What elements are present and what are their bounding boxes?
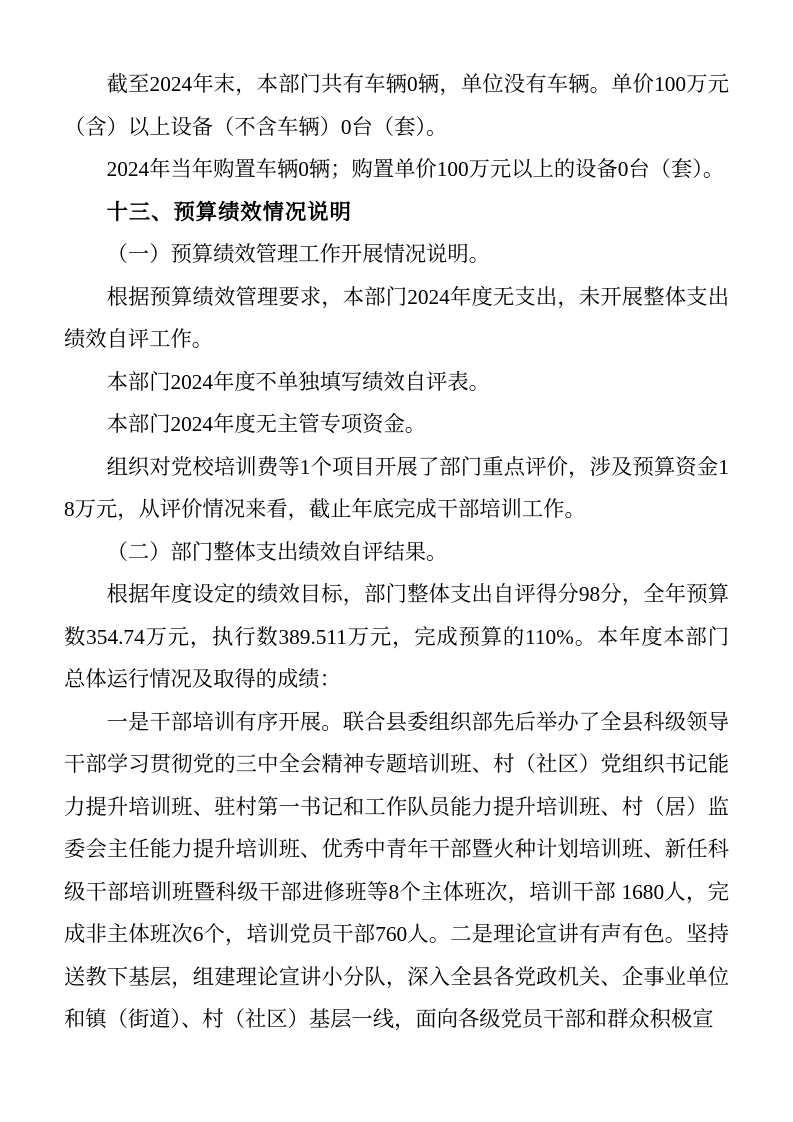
paragraph-performance-management: 根据预算绩效管理要求，本部门2024年度无支出，未开展整体支出绩效自评工作。 (64, 276, 729, 361)
document-page: 截至2024年末，本部门共有车辆0辆，单位没有车辆。单价100万元（含）以上设备… (0, 0, 793, 1122)
paragraph-subsection-two-title: （二）部门整体支出绩效自评结果。 (64, 531, 729, 574)
paragraph-no-special-funds: 本部门2024年度无主管专项资金。 (64, 403, 729, 446)
paragraph-self-eval-result: 根据年度设定的绩效目标，部门整体支出自评得分98分，全年预算数354.74万元，… (64, 573, 729, 701)
paragraph-subsection-one-title: （一）预算绩效管理工作开展情况说明。 (64, 233, 729, 276)
paragraph-achievements: 一是干部培训有序开展。联合县委组织部先后举办了全县科级领导干部学习贯彻党的三中全… (64, 701, 729, 1041)
paragraph-vehicles-summary: 截至2024年末，本部门共有车辆0辆，单位没有车辆。单价100万元（含）以上设备… (64, 63, 729, 148)
section-heading: 十三、预算绩效情况说明 (64, 191, 729, 234)
paragraph-no-self-eval-form: 本部门2024年度不单独填写绩效自评表。 (64, 361, 729, 404)
paragraph-vehicles-purchased: 2024年当年购置车辆0辆；购置单价100万元以上的设备0台（套）。 (64, 148, 729, 191)
paragraph-key-evaluation: 组织对党校培训费等1个项目开展了部门重点评价，涉及预算资金18万元，从评价情况来… (64, 446, 729, 531)
